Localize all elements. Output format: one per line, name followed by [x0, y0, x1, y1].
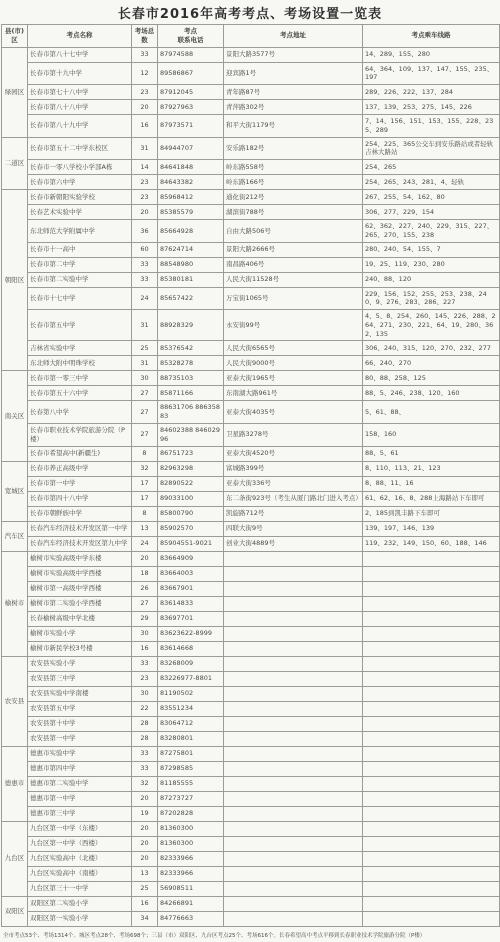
room-count-cell: 33	[132, 272, 158, 287]
site-name-cell: 榆树市第二实验小学西楼	[28, 596, 132, 611]
bus-routes-cell: 19、25、119、230、280	[363, 257, 500, 272]
address-cell: 青年路87号	[224, 85, 363, 100]
site-name-cell: 双阳区第二实验小学	[28, 896, 132, 911]
room-count-cell: 23	[132, 190, 158, 205]
address-cell	[224, 656, 363, 671]
site-name-cell: 东北师大附中明珠学校	[28, 356, 132, 371]
room-count-cell: 33	[132, 47, 158, 62]
table-row: 九台区第三十一中学2556908511	[2, 881, 500, 896]
site-name-cell: 榆树市实验高级中学西楼	[28, 566, 132, 581]
table-row: 长春市第五十六中学2785871166东南湖大路961号88、5、246、238…	[2, 386, 500, 401]
phone-cell: 89586867	[158, 62, 224, 85]
room-count-cell: 31	[132, 137, 158, 160]
table-row: 朝阳区长春市新朝阳实验学校2385968412通化街212号267、255、54…	[2, 190, 500, 205]
table-row: 榆树市第一高级中学西楼2683667901	[2, 581, 500, 596]
phone-cell: 89033100	[158, 491, 224, 506]
table-row: 长春市希望高中(新疆生)886751723亚泰大街4520号88、5、61	[2, 446, 500, 461]
room-count-cell: 33	[132, 746, 158, 761]
bus-routes-cell: 8、88、11、16	[363, 476, 500, 491]
phone-cell: 85904551-9021	[158, 536, 224, 551]
district-label: 宽城区	[2, 461, 28, 521]
district-label: 朝阳区	[2, 190, 28, 371]
site-name-cell: 长春第八中学	[28, 401, 132, 424]
room-count-cell: 17	[132, 491, 158, 506]
bus-routes-cell: 240、88、120	[363, 272, 500, 287]
bus-routes-cell	[363, 641, 500, 656]
phone-cell: 82890522	[158, 476, 224, 491]
address-cell	[224, 896, 363, 911]
table-row: 东北师大附中明珠学校3185328278人民大街9000号66、240、270	[2, 356, 500, 371]
site-name-cell: 长春市第一零三中学	[28, 371, 132, 386]
address-cell: 创业大街4889号	[224, 536, 363, 551]
bus-routes-cell: 267、255、54、162、80	[363, 190, 500, 205]
bus-routes-cell	[363, 551, 500, 566]
bus-routes-cell	[363, 851, 500, 866]
phone-cell: 88735103	[158, 371, 224, 386]
table-row: 长春市第一中学1782890522亚泰大街336号8、88、11、16	[2, 476, 500, 491]
table-row: 长春市职业技术学院旅游分院（P楼）2784602388 84602996卫星路3…	[2, 424, 500, 447]
table-row: 南关区长春市第一零三中学3088735103亚泰大街1965号80、88、258…	[2, 371, 500, 386]
table-row: 长春榆树高级中学北楼2983697701	[2, 611, 500, 626]
phone-cell: 84944707	[158, 137, 224, 160]
phone-cell: 83551234	[158, 701, 224, 716]
bus-routes-cell	[363, 866, 500, 881]
district-label: 汽车区	[2, 521, 28, 551]
district-label: 双阳区	[2, 896, 28, 926]
address-cell	[224, 911, 363, 926]
page-title: 长春市2016年高考考点、考场设置一览表	[0, 0, 500, 24]
address-cell: 湖滨街788号	[224, 205, 363, 220]
header-room-count: 考场总数	[132, 25, 158, 48]
table-row: 长春市第七十八中学2387912045青年路87号289、226、222、137…	[2, 85, 500, 100]
address-cell: 青萍路302号	[224, 100, 363, 115]
bus-routes-cell: 8、110、113、21、123	[363, 461, 500, 476]
phone-cell: 56908511	[158, 881, 224, 896]
site-name-cell: 长春市第二中学	[28, 257, 132, 272]
address-cell: 南昌路406号	[224, 257, 363, 272]
bus-routes-cell	[363, 911, 500, 926]
site-name-cell: 德惠市实验中学	[28, 746, 132, 761]
address-cell: 永安街99号	[224, 310, 363, 341]
site-name-cell: 长春市养正高级中学	[28, 461, 132, 476]
table-row: 九台区实验高中（南楼）1382333966	[2, 866, 500, 881]
phone-cell: 83667901	[158, 581, 224, 596]
address-cell	[224, 611, 363, 626]
header-bus-routes: 考点乘车线路	[363, 25, 500, 48]
room-count-cell: 26	[132, 581, 158, 596]
bus-routes-cell	[363, 581, 500, 596]
table-row: 双阳区第一实验小学3484776663	[2, 911, 500, 926]
phone-cell: 83280801	[158, 731, 224, 746]
phone-cell: 81360300	[158, 836, 224, 851]
address-cell	[224, 596, 363, 611]
address-cell: 和平大街1179号	[224, 115, 363, 138]
address-cell: 凯旋路712号	[224, 506, 363, 521]
room-count-cell: 8	[132, 446, 158, 461]
phone-cell: 82963298	[158, 461, 224, 476]
phone-cell: 85664928	[158, 220, 224, 243]
bus-routes-cell	[363, 656, 500, 671]
table-row: 德惠市第三中学1987202828	[2, 806, 500, 821]
site-name-cell: 吉林省实验中学	[28, 341, 132, 356]
phone-cell: 82333966	[158, 866, 224, 881]
site-name-cell: 长春市新朝阳实验学校	[28, 190, 132, 205]
bus-routes-cell	[363, 566, 500, 581]
phone-cell: 83623622-8999	[158, 626, 224, 641]
site-name-cell: 榆树市实验高级中学东楼	[28, 551, 132, 566]
site-name-cell: 德惠市第四中学	[28, 761, 132, 776]
header-phone: 考点 联系电话	[158, 25, 224, 48]
bus-routes-cell: 14、289、155、280	[363, 47, 500, 62]
site-name-cell: 长春市十一高中	[28, 242, 132, 257]
bus-routes-cell	[363, 716, 500, 731]
bus-routes-cell: 66、240、270	[363, 356, 500, 371]
table-row: 德惠市德惠市实验中学3387275801	[2, 746, 500, 761]
table-row: 榆树市第二实验小学西楼2783614833	[2, 596, 500, 611]
address-cell: 亚泰大街4520号	[224, 446, 363, 461]
phone-cell: 81185555	[158, 776, 224, 791]
phone-cell: 85657422	[158, 287, 224, 310]
scanned-document-page: 长春市2016年高考考点、考场设置一览表 县(市)区 考点名称 考场总数 考点 …	[0, 0, 500, 942]
phone-cell: 85385579	[158, 205, 224, 220]
room-count-cell: 13	[132, 866, 158, 881]
bus-routes-cell	[363, 686, 500, 701]
table-row: 榆树市新民学校3号楼1683614668	[2, 641, 500, 656]
address-cell: 岭东路558号	[224, 160, 363, 175]
room-count-cell: 20	[132, 100, 158, 115]
bus-routes-cell: 139、197、146、139	[363, 521, 500, 536]
table-row: 长春市第八十九中学1687973571和平大街1179号7、14、156、151…	[2, 115, 500, 138]
address-cell	[224, 836, 363, 851]
room-count-cell: 24	[132, 536, 158, 551]
bus-routes-cell	[363, 611, 500, 626]
phone-cell: 85328278	[158, 356, 224, 371]
room-count-cell: 16	[132, 896, 158, 911]
district-label: 南关区	[2, 371, 28, 461]
address-cell	[224, 641, 363, 656]
room-count-cell: 17	[132, 476, 158, 491]
room-count-cell: 8	[132, 506, 158, 521]
room-count-cell: 14	[132, 160, 158, 175]
table-row: 长春市第二实验中学3385380181人民大街11528号240、88、120	[2, 272, 500, 287]
table-row: 榆树市实验小学3083623622-8999	[2, 626, 500, 641]
site-name-cell: 长春市职业技术学院旅游分院（P楼）	[28, 424, 132, 447]
address-cell	[224, 866, 363, 881]
table-row: 德惠市第二实验中学3281185555	[2, 776, 500, 791]
address-cell	[224, 581, 363, 596]
header-district: 县(市)区	[2, 25, 28, 48]
site-name-cell: 双阳区第一实验小学	[28, 911, 132, 926]
address-cell	[224, 716, 363, 731]
phone-cell: 81190502	[158, 686, 224, 701]
room-count-cell: 16	[132, 641, 158, 656]
room-count-cell: 33	[132, 656, 158, 671]
address-cell: 亚泰大街4035号	[224, 401, 363, 424]
site-name-cell: 农安县实验中学南楼	[28, 686, 132, 701]
room-count-cell: 36	[132, 220, 158, 243]
table-row: 农安县农安县实验小学3383268009	[2, 656, 500, 671]
table-row: 农安县第一中学2883280801	[2, 731, 500, 746]
table-row: 长春市第八十八中学2087927963青萍路302号137、139、253、27…	[2, 100, 500, 115]
room-count-cell: 23	[132, 175, 158, 190]
phone-cell: 87973571	[158, 115, 224, 138]
bus-routes-cell	[363, 776, 500, 791]
room-count-cell: 18	[132, 566, 158, 581]
bus-routes-cell: 119、232、149、150、60、188、146	[363, 536, 500, 551]
room-count-cell: 34	[132, 911, 158, 926]
bus-routes-cell: 61、62、16、8、288上海路站下车即可	[363, 491, 500, 506]
header-row: 县(市)区 考点名称 考场总数 考点 联系电话 考点地址 考点乘车线路	[2, 25, 500, 48]
site-name-cell: 农安县第一中学	[28, 731, 132, 746]
room-count-cell: 30	[132, 371, 158, 386]
site-name-cell: 长春市第七十八中学	[28, 85, 132, 100]
room-count-cell: 27	[132, 386, 158, 401]
table-row: 农安县第十中学2883064712	[2, 716, 500, 731]
table-row: 德惠市第四中学3387298585	[2, 761, 500, 776]
room-count-cell: 60	[132, 242, 158, 257]
site-name-cell: 长春市第五中学	[28, 310, 132, 341]
phone-cell: 87927963	[158, 100, 224, 115]
bus-routes-cell	[363, 626, 500, 641]
header-site-name: 考点名称	[28, 25, 132, 48]
site-name-cell: 九台区第一中学（西楼）	[28, 836, 132, 851]
bus-routes-cell	[363, 746, 500, 761]
bus-routes-cell	[363, 761, 500, 776]
bus-routes-cell	[363, 596, 500, 611]
address-cell	[224, 881, 363, 896]
table-row: 二道区长春市第五十二中学东校区3184944707安乐路182号254、225、…	[2, 137, 500, 160]
room-count-cell: 27	[132, 424, 158, 447]
site-name-cell: 农安县实验小学	[28, 656, 132, 671]
phone-cell: 86751723	[158, 446, 224, 461]
address-cell: 自由大路506号	[224, 220, 363, 243]
phone-cell: 87624714	[158, 242, 224, 257]
site-name-cell: 长春市第二实验中学	[28, 272, 132, 287]
table-row: 绿园区长春市第八十七中学3387974588景阳大路3577号14、289、15…	[2, 47, 500, 62]
table-row: 长春市第四十八中学1789033100东二条街923号（考生从厦门路北门进入考点…	[2, 491, 500, 506]
phone-cell: 84266891	[158, 896, 224, 911]
phone-cell: 85968412	[158, 190, 224, 205]
room-count-cell: 31	[132, 310, 158, 341]
room-count-cell: 25	[132, 881, 158, 896]
phone-cell: 88928329	[158, 310, 224, 341]
address-cell	[224, 851, 363, 866]
address-cell	[224, 746, 363, 761]
address-cell	[224, 551, 363, 566]
phone-cell: 81360300	[158, 821, 224, 836]
table-row: 长春汽车经济技术开发区第九中学2485904551-9021创业大街4889号1…	[2, 536, 500, 551]
bus-routes-cell	[363, 836, 500, 851]
table-row: 长春市第六中学2384643382岭东路166号254、265、243、281、…	[2, 175, 500, 190]
address-cell	[224, 566, 363, 581]
phone-cell: 88631706 88635883	[158, 401, 224, 424]
bus-routes-cell: 137、139、253、275、145、226	[363, 100, 500, 115]
site-name-cell: 长春市第八十九中学	[28, 115, 132, 138]
phone-cell: 84641848	[158, 160, 224, 175]
phone-cell: 87974588	[158, 47, 224, 62]
site-name-cell: 长春市第一中学	[28, 476, 132, 491]
address-cell: 景阳大路2666号	[224, 242, 363, 257]
table-row: 农安县实验中学南楼3081190502	[2, 686, 500, 701]
site-name-cell: 德惠市第二实验中学	[28, 776, 132, 791]
site-name-cell: 长春市第四十八中学	[28, 491, 132, 506]
bus-routes-cell	[363, 701, 500, 716]
site-name-cell: 长春市第八十八中学	[28, 100, 132, 115]
room-count-cell: 32	[132, 776, 158, 791]
table-row: 榆树市榆树市实验高级中学东楼2083664909	[2, 551, 500, 566]
room-count-cell: 12	[132, 62, 158, 85]
site-name-cell: 农安县第十中学	[28, 716, 132, 731]
room-count-cell: 27	[132, 401, 158, 424]
site-name-cell: 德惠市第一中学	[28, 791, 132, 806]
bus-routes-cell: 306、240、315、120、270、232、277	[363, 341, 500, 356]
address-cell	[224, 626, 363, 641]
room-count-cell: 20	[132, 821, 158, 836]
room-count-cell: 20	[132, 791, 158, 806]
room-count-cell: 23	[132, 671, 158, 686]
phone-cell: 83226977-8801	[158, 671, 224, 686]
room-count-cell: 30	[132, 626, 158, 641]
site-name-cell: 长春市希望高中(新疆生)	[28, 446, 132, 461]
site-name-cell: 长春汽车经济技术开发区第一中学	[28, 521, 132, 536]
bus-routes-cell: 88、5、246、238、120、160	[363, 386, 500, 401]
table-row: 九台区实验高中（北楼）2082333966	[2, 851, 500, 866]
address-cell	[224, 776, 363, 791]
district-label: 绿园区	[2, 47, 28, 137]
address-cell	[224, 821, 363, 836]
table-row: 长春艺术实验中学2085385579湖滨街788号306、277、229、154	[2, 205, 500, 220]
site-name-cell: 长春市一零八学校小学部A栋	[28, 160, 132, 175]
phone-cell: 83664909	[158, 551, 224, 566]
site-name-cell: 农安县第三中学	[28, 671, 132, 686]
bus-routes-cell: 4、5、8、254、260、145、226、288、264、271、230、22…	[363, 310, 500, 341]
exam-sites-table: 县(市)区 考点名称 考场总数 考点 联系电话 考点地址 考点乘车线路 绿园区长…	[1, 24, 500, 927]
district-label: 农安县	[2, 656, 28, 746]
header-address: 考点地址	[224, 25, 363, 48]
address-cell: 迎宾路1号	[224, 62, 363, 85]
table-row: 德惠市第一中学2087273727	[2, 791, 500, 806]
site-name-cell: 榆树市第一高级中学西楼	[28, 581, 132, 596]
room-count-cell: 20	[132, 551, 158, 566]
phone-cell: 85376542	[158, 341, 224, 356]
address-cell: 安乐路182号	[224, 137, 363, 160]
district-label: 榆树市	[2, 551, 28, 656]
phone-cell: 87202828	[158, 806, 224, 821]
phone-cell: 85902570	[158, 521, 224, 536]
address-cell	[224, 806, 363, 821]
site-name-cell: 榆树市实验小学	[28, 626, 132, 641]
district-label: 德惠市	[2, 746, 28, 821]
bus-routes-cell: 254、265	[363, 160, 500, 175]
site-name-cell: 长春市十七中学	[28, 287, 132, 310]
site-name-cell: 榆树市新民学校3号楼	[28, 641, 132, 656]
phone-cell: 84643382	[158, 175, 224, 190]
phone-cell: 83064712	[158, 716, 224, 731]
address-cell: 东南湖大路961号	[224, 386, 363, 401]
address-cell: 人民大街6565号	[224, 341, 363, 356]
site-name-cell: 长春市第六中学	[28, 175, 132, 190]
address-cell	[224, 671, 363, 686]
site-name-cell: 长春市第五十二中学东校区	[28, 137, 132, 160]
summary-footnote: 全市考点53个、考场1314个。城区考点28个、考场698个；三县（市）双阳区、…	[0, 927, 500, 942]
phone-cell: 87273727	[158, 791, 224, 806]
address-cell	[224, 791, 363, 806]
bus-routes-cell: 289、226、222、137、284	[363, 85, 500, 100]
room-count-cell: 28	[132, 716, 158, 731]
bus-routes-cell: 158、160	[363, 424, 500, 447]
site-name-cell: 长春榆树高级中学北楼	[28, 611, 132, 626]
district-label: 二道区	[2, 137, 28, 190]
bus-routes-cell	[363, 671, 500, 686]
bus-routes-cell: 306、277、229、154	[363, 205, 500, 220]
bus-routes-cell: 64、364、109、137、147、155、235、197	[363, 62, 500, 85]
bus-routes-cell: 280、240、54、155、7	[363, 242, 500, 257]
phone-cell: 84776663	[158, 911, 224, 926]
phone-cell: 87298585	[158, 761, 224, 776]
address-cell: 四联大街9号	[224, 521, 363, 536]
room-count-cell: 19	[132, 806, 158, 821]
room-count-cell: 33	[132, 761, 158, 776]
room-count-cell: 27	[132, 596, 158, 611]
phone-cell: 88548980	[158, 257, 224, 272]
room-count-cell: 28	[132, 731, 158, 746]
bus-routes-cell: 80、88、258、125	[363, 371, 500, 386]
room-count-cell: 25	[132, 341, 158, 356]
address-cell	[224, 686, 363, 701]
address-cell: 亚泰大街336号	[224, 476, 363, 491]
site-name-cell: 长春艺术实验中学	[28, 205, 132, 220]
phone-cell: 82333966	[158, 851, 224, 866]
bus-routes-cell: 88、5、61	[363, 446, 500, 461]
site-name-cell: 九台区第一中学（东楼）	[28, 821, 132, 836]
table-row: 东北师范大学附属中学3685664928自由大路506号62、362、227、2…	[2, 220, 500, 243]
site-name-cell: 九台区实验高中（北楼）	[28, 851, 132, 866]
room-count-cell: 23	[132, 85, 158, 100]
room-count-cell: 33	[132, 257, 158, 272]
site-name-cell: 九台区实验高中（南楼）	[28, 866, 132, 881]
site-name-cell: 德惠市第三中学	[28, 806, 132, 821]
phone-cell: 85871166	[158, 386, 224, 401]
room-count-cell: 30	[132, 686, 158, 701]
site-name-cell: 长春市朝鲜族中学	[28, 506, 132, 521]
bus-routes-cell	[363, 821, 500, 836]
address-cell	[224, 761, 363, 776]
bus-routes-cell	[363, 806, 500, 821]
phone-cell: 87275801	[158, 746, 224, 761]
phone-cell: 84602388 84602996	[158, 424, 224, 447]
table-row: 长春市第五中学3188928329永安街99号4、5、8、254、260、145…	[2, 310, 500, 341]
site-name-cell: 长春市第十九中学	[28, 62, 132, 85]
address-cell: 亚泰大街1965号	[224, 371, 363, 386]
address-cell: 岭东路166号	[224, 175, 363, 190]
bus-routes-cell	[363, 896, 500, 911]
address-cell: 万宝街1065号	[224, 287, 363, 310]
phone-cell: 87912045	[158, 85, 224, 100]
bus-routes-cell: 7、14、156、151、153、155、228、235、289	[363, 115, 500, 138]
address-cell: 富城路399号	[224, 461, 363, 476]
table-row: 长春市第十九中学1289586867迎宾路1号64、364、109、137、14…	[2, 62, 500, 85]
phone-cell: 83697701	[158, 611, 224, 626]
phone-cell: 83268009	[158, 656, 224, 671]
room-count-cell: 13	[132, 521, 158, 536]
table-row: 汽车区长春汽车经济技术开发区第一中学1385902570四联大街9号139、19…	[2, 521, 500, 536]
address-cell: 景阳大路3577号	[224, 47, 363, 62]
room-count-cell: 16	[132, 115, 158, 138]
bus-routes-cell	[363, 881, 500, 896]
site-name-cell: 长春市第八十七中学	[28, 47, 132, 62]
room-count-cell: 24	[132, 287, 158, 310]
bus-routes-cell: 62、362、227、240、229、315、227、265、270、155、2…	[363, 220, 500, 243]
